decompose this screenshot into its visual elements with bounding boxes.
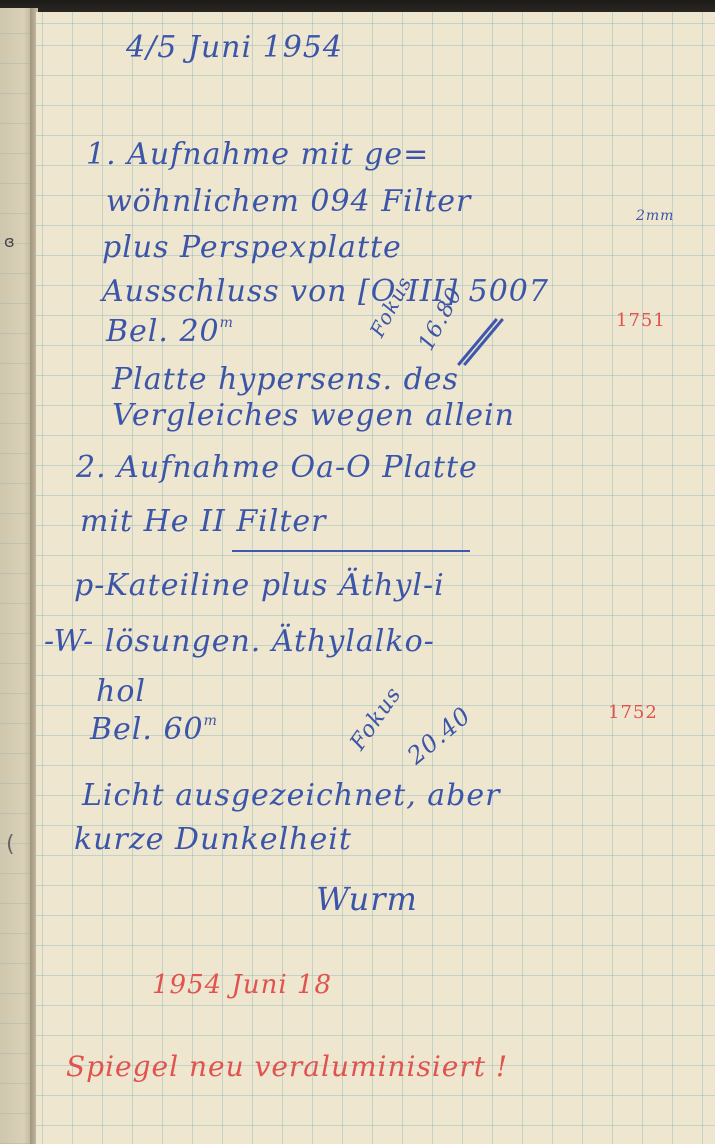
- entry2-line-6: Bel. 60m: [90, 712, 218, 747]
- entry2-focus-value: 20.40: [402, 701, 476, 770]
- margin-mark-top: ɞ: [4, 232, 15, 251]
- exposure-unit: m: [220, 315, 234, 331]
- exposure-label-2: Bel. 60: [90, 712, 204, 747]
- plate-number-1752: 1752: [608, 702, 658, 723]
- entry2-line-4: -W- lösungen. Äthylalko-: [44, 624, 435, 659]
- entry3-date: 1954 Juni 18: [152, 970, 332, 1000]
- entry1-date: 4/5 Juni 1954: [126, 30, 343, 65]
- entry2-focus-label: Fokus: [346, 682, 407, 755]
- entry1-sup-2mm: 2mm: [636, 208, 674, 224]
- entry3-note: Spiegel neu veraluminisiert !: [66, 1050, 508, 1083]
- margin-mark-bottom: (: [6, 832, 15, 857]
- focus-double-underline: [457, 318, 498, 366]
- signature: Wurm: [316, 880, 418, 918]
- entry1-line-4: Ausschluss von [O III] 5007: [102, 274, 549, 309]
- notebook-spread: ɞ ( 4/5 Juni 1954 1. Aufnahme mit ge= wö…: [0, 0, 715, 1144]
- entry2-line-7: Licht ausgezeichnet, aber: [82, 778, 500, 813]
- left-page-edge: [0, 8, 34, 1144]
- entry1-line-3: plus Perspexplatte: [102, 230, 402, 265]
- exposure-label: Bel. 20: [106, 314, 220, 349]
- notebook-page: 4/5 Juni 1954 1. Aufnahme mit ge= wöhnli…: [36, 12, 715, 1144]
- entry2-line-5: hol: [96, 674, 146, 709]
- entry1-line-6: Platte hypersens. des: [112, 362, 459, 397]
- plate-number-1751: 1751: [616, 310, 666, 331]
- filter-underline: [232, 550, 470, 552]
- exposure-unit-2: m: [204, 713, 218, 729]
- notebook-cover-edge: [0, 0, 715, 12]
- entry2-line-2: mit He II Filter: [80, 504, 326, 539]
- entry2-line-8: kurze Dunkelheit: [74, 822, 352, 857]
- focus-double-underline-2: [463, 318, 504, 366]
- entry2-line-3: p-Kateiline plus Äthyl-i: [74, 568, 445, 603]
- entry2-line-1: 2. Aufnahme Oa-O Platte: [76, 450, 478, 485]
- entry1-line-2: wöhnlichem 094 Filter: [106, 184, 471, 219]
- entry1-line-5: Bel. 20m: [106, 314, 234, 349]
- entry1-line-1: 1. Aufnahme mit ge=: [86, 137, 429, 172]
- entry1-line-7: Vergleiches wegen allein: [112, 398, 515, 433]
